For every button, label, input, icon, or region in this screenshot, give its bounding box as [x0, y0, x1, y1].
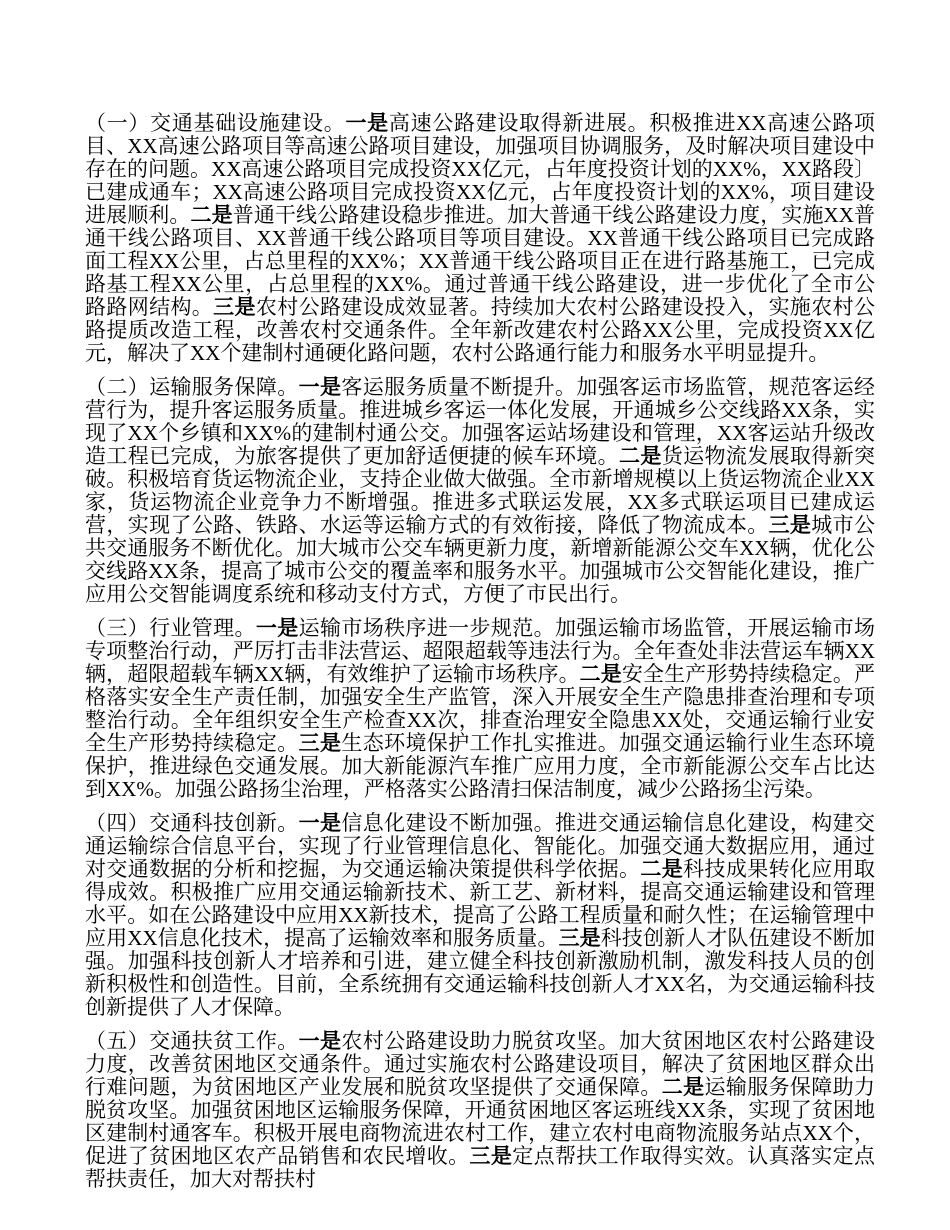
text-run: （四）交通科技创新。 [85, 811, 299, 835]
emphasis-run: 三是 [213, 295, 256, 319]
document-page: （一）交通基础设施建设。一是高速公路建设取得新进展。积极推进XX高速公路项目、X… [0, 0, 950, 1230]
emphasis-run: 二是 [580, 662, 622, 686]
emphasis-run: 三是 [559, 926, 601, 950]
emphasis-run: 三是 [299, 731, 342, 755]
text-run: （五）交通扶贫工作。 [85, 1029, 299, 1053]
document-paragraph: （五）交通扶贫工作。一是农村公路建设助力脱贫攻坚。加大贫困地区农村公路建设力度，… [85, 1030, 875, 1191]
emphasis-run: 一是 [299, 375, 342, 399]
emphasis-run: 二是 [619, 444, 662, 468]
document-paragraph: （三）行业管理。一是运输市场秩序进一步规范。加强运输市场监管，开展运输市场专项整… [85, 617, 875, 801]
emphasis-run: 一是 [256, 616, 299, 640]
text-run: （三）行业管理。 [85, 616, 256, 640]
emphasis-run: 一是 [299, 1029, 342, 1053]
document-paragraph: （一）交通基础设施建设。一是高速公路建设取得新进展。积极推进XX高速公路项目、X… [85, 112, 875, 365]
emphasis-run: 三是 [769, 513, 812, 537]
document-paragraph: （四）交通科技创新。一是信息化建设不断加强。推进交通运输信息化建设，构建交通运输… [85, 812, 875, 1019]
document-body: （一）交通基础设施建设。一是高速公路建设取得新进展。积极推进XX高速公路项目、X… [85, 112, 875, 1191]
emphasis-run: 一是 [345, 111, 388, 135]
emphasis-run: 二是 [662, 1075, 705, 1099]
emphasis-run: 三是 [470, 1144, 513, 1168]
document-paragraph: （二）运输服务保障。一是客运服务质量不断提升。加强客运市场监管，规范客运经营行为… [85, 376, 875, 606]
text-run: （一）交通基础设施建设。 [85, 111, 345, 135]
emphasis-run: 一是 [299, 811, 342, 835]
emphasis-run: 二是 [191, 203, 233, 227]
text-run: （二）运输服务保障。 [85, 375, 299, 399]
emphasis-run: 二是 [640, 857, 683, 881]
